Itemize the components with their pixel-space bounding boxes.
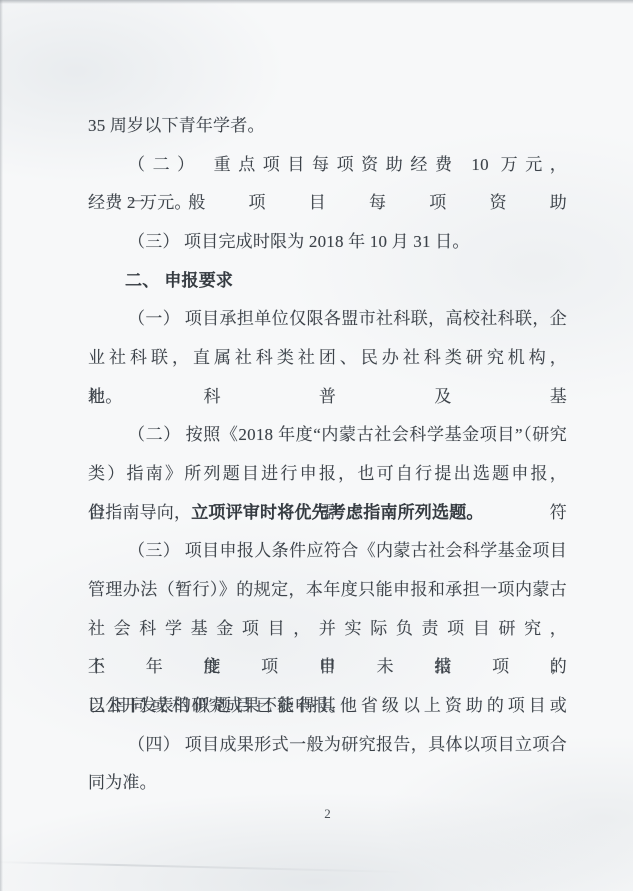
text-line: （二） 重点项目每项资助经费 10 万元，一般项目每项资助 xyxy=(88,146,567,185)
scan-crease xyxy=(0,861,410,873)
text-segment: （四） 项目成果形式一般为研究报告，具体以项目立项合 xyxy=(128,735,567,754)
text-line: 类）指南》所列题目进行申报，也可自行提出选题申报，但需符 xyxy=(88,455,567,494)
section-heading: 二、 申报要求 xyxy=(88,262,567,301)
text-segment: 经费 2 万元。 xyxy=(88,193,192,212)
text-line: （四） 项目成果形式一般为研究报告，具体以项目立项合 xyxy=(88,726,567,765)
text-segment: 已公开发表的研究成果不能申报。 xyxy=(88,696,346,715)
text-segment: （一） 项目承担单位仅限各盟市社科联，高校社科联，企 xyxy=(128,309,567,328)
text-line: 同为准。 xyxy=(88,764,567,803)
text-line: （三） 项目申报人条件应符合《内蒙古社会科学基金项目 xyxy=(88,532,567,571)
text-segment: （三） 项目申报人条件应符合《内蒙古社会科学基金项目 xyxy=(128,541,567,560)
text-line: 35 周岁以下青年学者。 xyxy=(88,107,567,146)
text-segment: 管理办法（暂行）》的规定，本年度只能申报和承担一项内蒙古 xyxy=(88,580,567,599)
scan-edge-top xyxy=(0,0,633,4)
text-segment: 合指南导向， xyxy=(88,503,191,522)
emphasis-text: 立项评审时将优先考虑指南所列选题。 xyxy=(191,503,483,522)
text-line: 社会科学基金项目，并实际负责项目研究，上年度项目未结项的 xyxy=(88,610,567,649)
text-segment: 同为准。 xyxy=(88,773,157,792)
text-segment: （二） 重点项目每项资助经费 10 万元，一般项目每项资助 xyxy=(128,155,567,213)
text-segment: （二） 按照《2018 年度“内蒙古社会科学基金项目”（研究 xyxy=(128,425,567,444)
text-line: 管理办法（暂行）》的规定，本年度只能申报和承担一项内蒙古 xyxy=(88,571,567,610)
text-line: 业社科联，直属社科类社团、民办社科类研究机构，社科普及基 xyxy=(88,339,567,378)
scan-edge-left xyxy=(0,0,3,891)
text-segment: 业社科联，直属社科类社团、民办社科类研究机构，社科普及基 xyxy=(88,348,567,406)
text-segment: （三） 项目完成时限为 2018 年 10 月 31 日。 xyxy=(128,232,470,251)
text-line: （二） 按照《2018 年度“内蒙古社会科学基金项目”（研究 xyxy=(88,416,567,455)
scanned-document-page: 35 周岁以下青年学者。（二） 重点项目每项资助经费 10 万元，一般项目每项资… xyxy=(0,0,633,891)
page-number: 2 xyxy=(88,806,567,822)
text-line: 不能申报；以相同或相似题目已获得其他省级以上资助的项目或 xyxy=(88,648,567,687)
text-segment: 二、 申报要求 xyxy=(125,271,233,290)
text-line: （三） 项目完成时限为 2018 年 10 月 31 日。 xyxy=(88,223,567,262)
text-segment: 地。 xyxy=(88,387,122,406)
document-body: 35 周岁以下青年学者。（二） 重点项目每项资助经费 10 万元，一般项目每项资… xyxy=(88,107,567,803)
text-line: （一） 项目承担单位仅限各盟市社科联，高校社科联，企 xyxy=(88,300,567,339)
text-segment: 35 周岁以下青年学者。 xyxy=(88,116,265,135)
